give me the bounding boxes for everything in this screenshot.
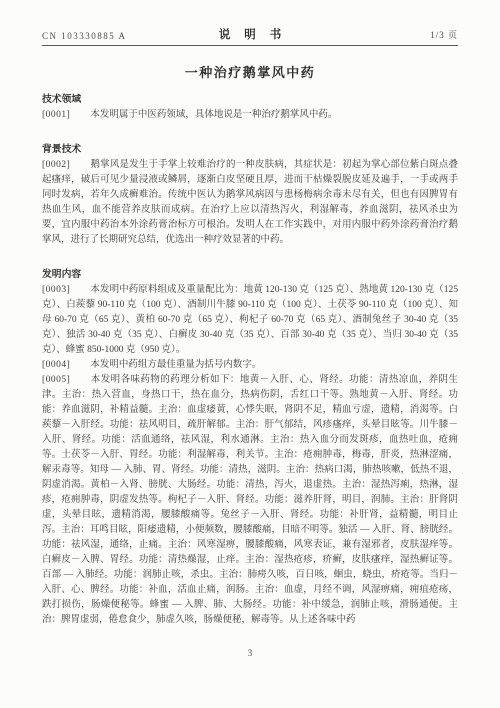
section-heading: 背景技术 [42, 142, 458, 157]
section-technical-field: 技术领域 [0001]本发明属于中医药领域，具体地说是一种治疗鹅掌风中药。 [42, 92, 458, 123]
paragraph: [0001]本发明属于中医药领域，具体地说是一种治疗鹅掌风中药。 [42, 108, 458, 123]
paragraph: [0002]鹅掌风是发生于手掌上较难治疗的一种皮肤病，其症状是：初起为掌心部位紫… [42, 158, 458, 248]
section-heading: 技术领域 [42, 92, 458, 107]
paragraph-tag: [0001] [42, 110, 70, 120]
paragraph-text: 本发明属于中医药领域，具体地说是一种治疗鹅掌风中药。 [90, 110, 337, 120]
section-background-art: 背景技术 [0002]鹅掌风是发生于手掌上较难治疗的一种皮肤病，其症状是：初起为… [42, 142, 458, 248]
paragraph-tag: [0005] [42, 375, 70, 385]
page-footer: 3 [0, 648, 500, 658]
section-heading: 发明内容 [42, 267, 458, 282]
paragraph-text: 鹅掌风是发生于手掌上较难治疗的一种皮肤病，其症状是：初起为掌心部位紫白斑点叠起瘙… [42, 160, 458, 245]
paragraph-tag: [0003] [42, 285, 70, 295]
paragraph-tag: [0004] [42, 360, 70, 370]
section-invention-content: 发明内容 [0003]本发明中药原料组成及重量配比为：地黄 120-130 克（… [42, 267, 458, 628]
document-type-title: 说明书 [205, 26, 296, 42]
paragraph: [0004]本发明中药组方最佳重量为括号内数字。 [42, 358, 458, 373]
document-number: CN 103330885 A [42, 31, 127, 41]
paragraph-text: 本发明中药组方最佳重量为括号内数字。 [90, 360, 261, 370]
page-header: CN 103330885 A 说明书 1/3 页 [42, 27, 458, 43]
paragraph-text: 本发明中药原料组成及重量配比为：地黄 120-130 克（125 克）、熟地黄 … [42, 285, 458, 355]
paragraph-tag: [0002] [42, 160, 70, 170]
document-body: 技术领域 [0001]本发明属于中医药领域，具体地说是一种治疗鹅掌风中药。 背景… [42, 92, 458, 628]
paragraph: [0005]本发明各味药物的药理分析如下：地黄－入肝、心、肾经。功能：清热凉血，… [42, 373, 458, 628]
paragraph-text: 本发明各味药物的药理分析如下：地黄－入肝、心、肾经。功能：清热凉血，养阴生津。主… [42, 375, 458, 625]
patent-document-page: CN 103330885 A 说明书 1/3 页 一种治疗鹅掌风中药 技术领域 … [0, 0, 500, 708]
paragraph: [0003]本发明中药原料组成及重量配比为：地黄 120-130 克（125 克… [42, 283, 458, 358]
patent-title: 一种治疗鹅掌风中药 [0, 62, 500, 81]
page-indicator: 1/3 页 [430, 28, 458, 41]
header-divider [42, 45, 458, 46]
page-number: 3 [248, 648, 253, 658]
